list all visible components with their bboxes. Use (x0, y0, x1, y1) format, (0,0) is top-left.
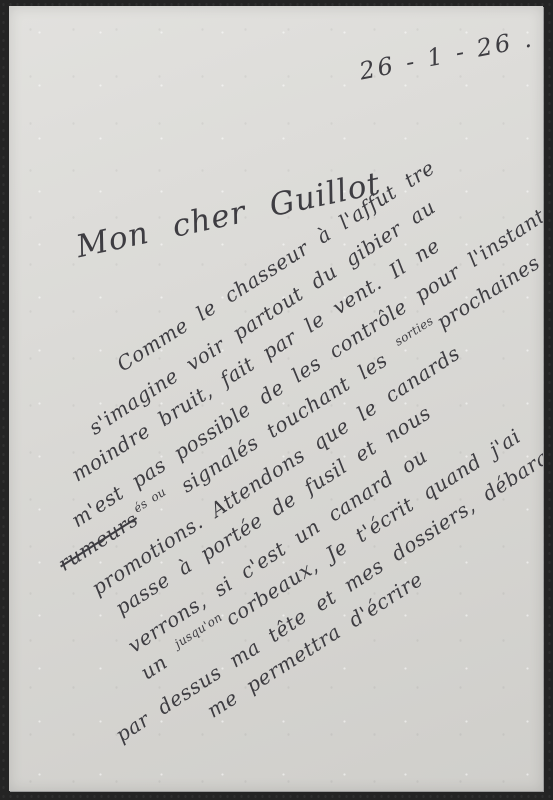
letter-paper: 26 - 1 - 26 . Mon cher Guillot Comme le … (9, 6, 543, 791)
letter-date: 26 - 1 - 26 . (357, 24, 536, 85)
scan-background: 26 - 1 - 26 . Mon cher Guillot Comme le … (0, 0, 553, 800)
letter-body: Comme le chasseur à l'affut tres'imagine… (104, 20, 543, 671)
